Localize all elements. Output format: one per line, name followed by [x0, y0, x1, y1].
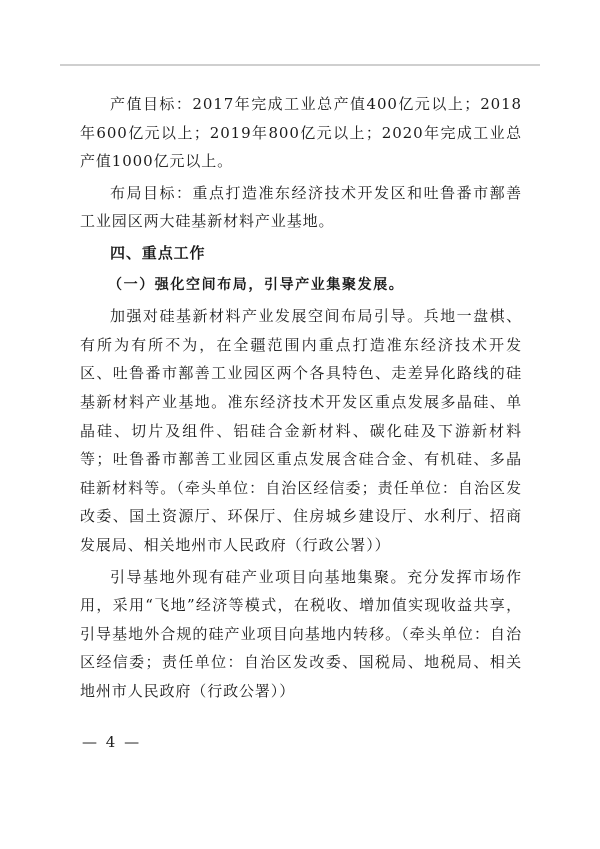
subsection-heading: （一）强化空间布局，引导产业集聚发展。 [80, 271, 522, 300]
page-number: — 4 — [82, 733, 141, 751]
header-rule [60, 64, 540, 66]
section-heading: 四、重点工作 [80, 239, 522, 268]
body-paragraph-1: 加强对硅基新材料产业发展空间布局引导。兵地一盘棋、有所为有所不为，在全疆范围内重… [80, 302, 522, 559]
output-target-paragraph: 产值目标：2017年完成工业总产值400亿元以上；2018年600亿元以上；20… [80, 90, 522, 176]
layout-target-paragraph: 布局目标：重点打造准东经济技术开发区和吐鲁番市鄯善工业园区两大硅基新材料产业基地… [80, 179, 522, 236]
body-paragraph-2: 引导基地外现有硅产业项目向基地集聚。充分发挥市场作用，采用“飞地”经济等模式，在… [80, 563, 522, 706]
document-body: 产值目标：2017年完成工业总产值400亿元以上；2018年600亿元以上；20… [80, 90, 522, 708]
